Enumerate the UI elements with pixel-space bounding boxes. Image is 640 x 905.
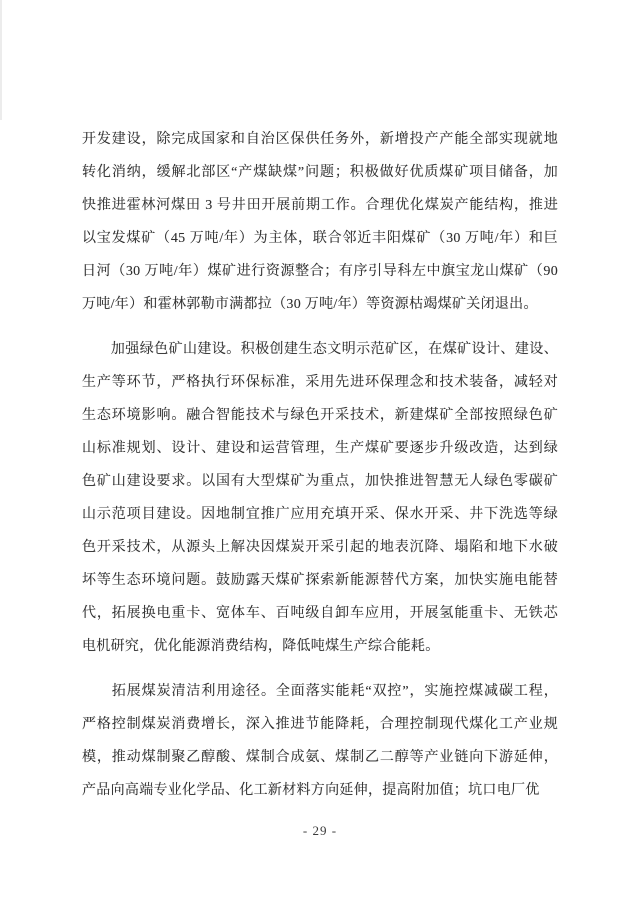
text-line: 色矿山建设要求。以国有大型煤矿为重点，加快推进智慧无人绿色零碳矿 <box>82 465 558 498</box>
text-line: 产品向高端专业化学品、化工新材料方向延伸，提高附加值；坑口电厂优 <box>82 774 558 807</box>
page-footer: - 29 - <box>0 822 640 840</box>
text-line: 代，拓展换电重卡、宽体车、百吨级自卸车应用，开展氢能重卡、无铁芯 <box>82 597 558 630</box>
text-line: 电机研究，优化能源消费结构，降低吨煤生产综合能耗。 <box>82 630 558 663</box>
text-line: 坏等生态环境问题。鼓励露天煤矿探索新能源替代方案，加快实施电能替 <box>82 564 558 597</box>
text-line: 加强绿色矿山建设。积极创建生态文明示范矿区，在煤矿设计、建设、 <box>82 333 558 366</box>
text-line: 开发建设，除完成国家和自治区保供任务外，新增投产产能全部实现就地 <box>82 123 558 156</box>
text-line: 生态环境影响。融合智能技术与绿色开采技术，新建煤矿全部按照绿色矿 <box>82 399 558 432</box>
text-line: 山示范项目建设。因地制宜推广应用充填开采、保水开采、井下洗选等绿 <box>82 498 558 531</box>
paragraph-1: 开发建设，除完成国家和自治区保供任务外，新增投产产能全部实现就地转化消纳，缓解北… <box>82 123 558 321</box>
page-edge-artifact <box>0 0 2 120</box>
text-line: 模，推动煤制聚乙醇酸、煤制合成氨、煤制乙二醇等产业链向下游延伸， <box>82 741 558 774</box>
text-line: 日河（30 万吨/年）煤矿进行资源整合；有序引导科左中旗宝龙山煤矿（90 <box>82 255 558 288</box>
text-line: 快推进霍林河煤田 3 号井田开展前期工作。合理优化煤炭产能结构，推进 <box>82 189 558 222</box>
text-line: 以宝发煤矿（45 万吨/年）为主体，联合邻近丰阳煤矿（30 万吨/年）和巨 <box>82 222 558 255</box>
text-line: 生产等环节，严格执行环保标准，采用先进环保理念和技术装备，减轻对 <box>82 366 558 399</box>
text-line: 拓展煤炭清洁利用途径。全面落实能耗“双控”，实施控煤减碳工程， <box>82 675 558 708</box>
paragraph-3: 拓展煤炭清洁利用途径。全面落实能耗“双控”，实施控煤减碳工程，严格控制煤炭消费增… <box>82 675 558 807</box>
document-page: 开发建设，除完成国家和自治区保供任务外，新增投产产能全部实现就地转化消纳，缓解北… <box>0 0 640 905</box>
text-line: 万吨/年）和霍林郭勒市满都拉（30 万吨/年）等资源枯竭煤矿关闭退出。 <box>82 288 558 321</box>
page-number: - 29 - <box>303 823 337 838</box>
paragraph-2: 加强绿色矿山建设。积极创建生态文明示范矿区，在煤矿设计、建设、生产等环节，严格执… <box>82 333 558 663</box>
document-body: 开发建设，除完成国家和自治区保供任务外，新增投产产能全部实现就地转化消纳，缓解北… <box>82 123 558 807</box>
text-line: 色开采技术，从源头上解决因煤炭开采引起的地表沉降、塌陷和地下水破 <box>82 531 558 564</box>
text-line: 严格控制煤炭消费增长，深入推进节能降耗，合理控制现代煤化工产业规 <box>82 708 558 741</box>
text-line: 转化消纳，缓解北部区“产煤缺煤”问题；积极做好优质煤矿项目储备，加 <box>82 156 558 189</box>
text-line: 山标准规划、设计、建设和运营管理，生产煤矿要逐步升级改造，达到绿 <box>82 432 558 465</box>
